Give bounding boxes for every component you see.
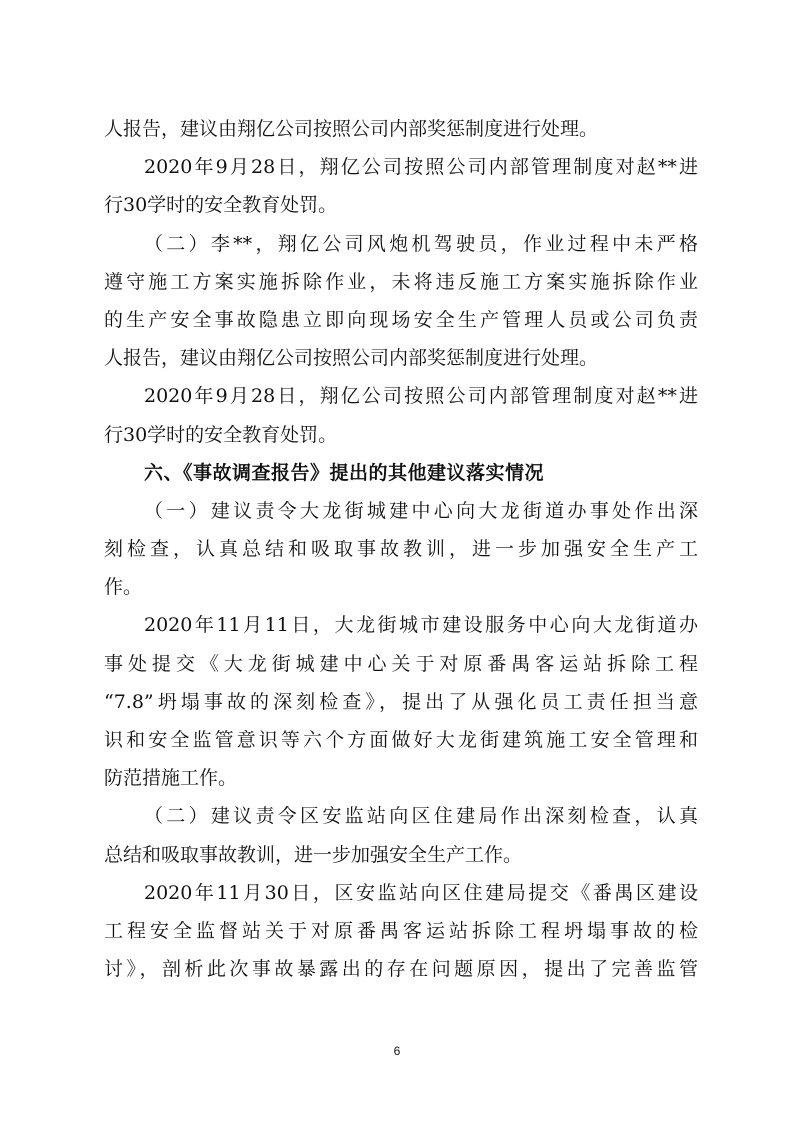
text-line: 事处提交《大龙街城建中心关于对原番禺客运站拆除工程	[104, 645, 698, 683]
text-line: 2020年9月28日，翔亿公司按照公司内部管理制度对赵**进	[104, 377, 698, 415]
text-line: 2020年9月28日，翔亿公司按照公司内部管理制度对赵**进	[104, 148, 698, 186]
section-heading: 六、《事故调查报告》提出的其他建议落实情况	[104, 454, 698, 492]
paragraph-zhao-penalty: 2020年9月28日，翔亿公司按照公司内部管理制度对赵**进 行30学时的安全教…	[104, 148, 698, 224]
text-line: （一）建议责令大龙街城建中心向大龙街道办事处作出深	[104, 492, 698, 530]
text-line: 防范措施工作。	[104, 759, 698, 797]
text-line: 刻检查，认真总结和吸取事故教训，进一步加强安全生产工	[104, 530, 698, 568]
text-line: 人报告，建议由翔亿公司按照公司内部奖惩制度进行处理。	[104, 339, 698, 377]
text-line: （二）李**，翔亿公司风炮机驾驶员，作业过程中未严格	[104, 225, 698, 263]
paragraph-suggestion-2: （二）建议责令区安监站向区住建局作出深刻检查，认真 总结和吸取事故教训，进一步加…	[104, 797, 698, 873]
paragraph-zhao-penalty-2: 2020年9月28日，翔亿公司按照公司内部管理制度对赵**进 行30学时的安全教…	[104, 377, 698, 453]
text-line: 识和安全监管意识等六个方面做好大龙街建筑施工安全管理和	[104, 721, 698, 759]
text-line: 行30学时的安全教育处罚。	[104, 416, 698, 454]
paragraph-continued-report: 人报告，建议由翔亿公司按照公司内部奖惩制度进行处理。	[104, 110, 698, 148]
paragraph-li-driver: （二）李**，翔亿公司风炮机驾驶员，作业过程中未严格 遵守施工方案实施拆除作业，…	[104, 225, 698, 378]
document-page: 人报告，建议由翔亿公司按照公司内部奖惩制度进行处理。 2020年9月28日，翔亿…	[0, 0, 794, 1123]
text-line: 遵守施工方案实施拆除作业，未将违反施工方案实施拆除作业	[104, 263, 698, 301]
section-heading-6: 六、《事故调查报告》提出的其他建议落实情况	[104, 454, 698, 492]
paragraph-dalong-review: 2020年11月11日，大龙街城市建设服务中心向大龙街道办 事处提交《大龙街城建…	[104, 606, 698, 797]
text-line: 讨》，剖析此次事故暴露出的存在问题原因，提出了完善监管	[104, 950, 698, 988]
text-line: 作。	[104, 568, 698, 606]
text-line: 总结和吸取事故教训，进一步加强安全生产工作。	[104, 836, 698, 874]
text-line: 2020年11月11日，大龙街城市建设服务中心向大龙街道办	[104, 606, 698, 644]
text-line: 行30学时的安全教育处罚。	[104, 186, 698, 224]
paragraph-suggestion-1: （一）建议责令大龙街城建中心向大龙街道办事处作出深 刻检查，认真总结和吸取事故教…	[104, 492, 698, 607]
text-line: 工程安全监督站关于对原番禺客运站拆除工程坍塌事故的检	[104, 912, 698, 950]
text-line: 人报告，建议由翔亿公司按照公司内部奖惩制度进行处理。	[104, 110, 698, 148]
paragraph-anjianzhan-review: 2020年11月30日，区安监站向区住建局提交《番禺区建设 工程安全监督站关于对…	[104, 874, 698, 989]
document-body: 人报告，建议由翔亿公司按照公司内部奖惩制度进行处理。 2020年9月28日，翔亿…	[104, 110, 698, 988]
text-line: （二）建议责令区安监站向区住建局作出深刻检查，认真	[104, 797, 698, 835]
page-number: 6	[390, 1044, 404, 1058]
text-line: “7.8”坍塌事故的深刻检查》，提出了从强化员工责任担当意	[104, 683, 698, 721]
text-line: 2020年11月30日，区安监站向区住建局提交《番禺区建设	[104, 874, 698, 912]
text-line: 的生产安全事故隐患立即向现场安全生产管理人员或公司负责	[104, 301, 698, 339]
